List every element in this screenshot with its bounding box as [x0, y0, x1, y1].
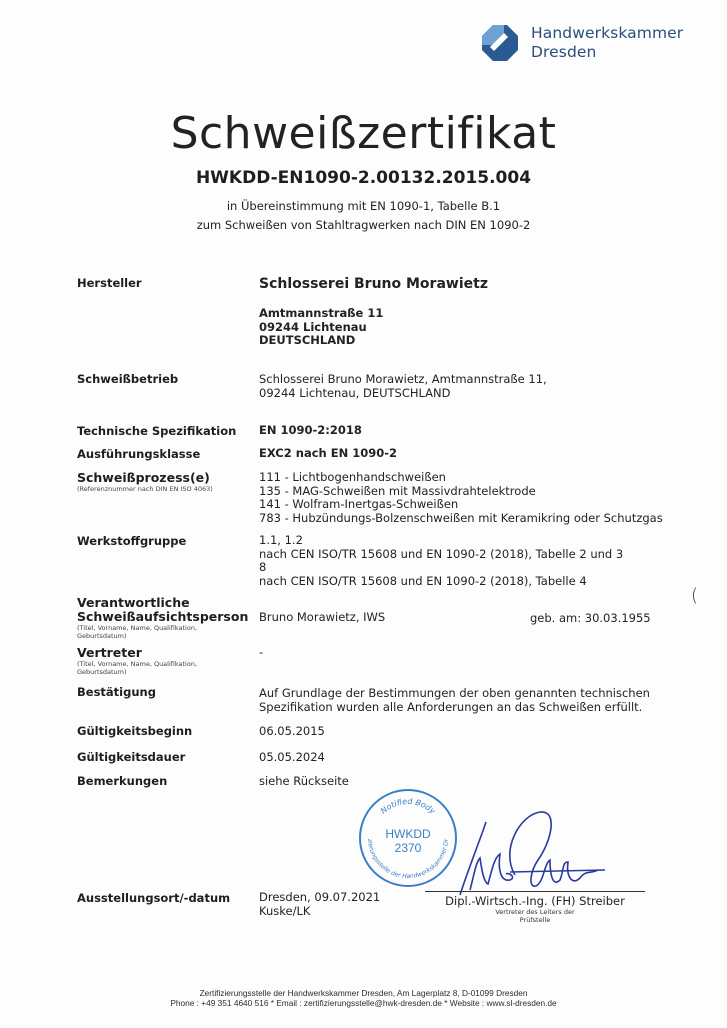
signer-role: Vertreter des Leiters der Prüfstelle [425, 908, 645, 924]
org-name-line2: Dresden [531, 43, 683, 62]
supervisor-label: Verantwortliche Schweißaufsichtsperson (… [77, 596, 248, 640]
execution-class-label: Ausführungsklasse [77, 447, 200, 461]
welding-process-label: Schweißprozess(e) (Referenznummer nach D… [77, 471, 213, 493]
svg-text:Notified Body: Notified Body [379, 797, 437, 816]
schweissbetrieb-line: 09244 Lichtenau, DEUTSCHLAND [259, 387, 547, 401]
confirmation-label: Bestätigung [77, 685, 156, 699]
org-name-line1: Handwerkskammer [531, 24, 683, 43]
welding-process-note: (Referenznummer nach DIN EN ISO 4063) [77, 485, 213, 493]
supervisor-birthdate: geb. am: 30.03.1955 [530, 611, 651, 625]
signer-role-line1: Vertreter des Leiters der [425, 908, 645, 916]
issue-place-date: Dresden, 09.07.2021 [259, 891, 380, 905]
deputy-value: - [259, 646, 263, 660]
certificate-number: HWKDD-EN1090-2.00132.2015.004 [0, 168, 727, 188]
signer-role-line2: Prüfstelle [425, 916, 645, 924]
org-name: Handwerkskammer Dresden [531, 24, 683, 62]
schweissbetrieb-value: Schlosserei Bruno Morawietz, Amtmannstra… [259, 373, 547, 400]
footer-contact: Phone : +49 351 4640 516 * Email : zerti… [0, 998, 727, 1008]
page-title: Schweißzertifikat [0, 108, 727, 159]
material-group-line: nach CEN ISO/TR 15608 und EN 1090-2 (201… [259, 575, 623, 589]
deputy-title: Vertreter [77, 646, 197, 660]
hersteller-label: Hersteller [77, 276, 142, 290]
address-city: 09244 Lichtenau [259, 321, 383, 335]
welding-process-item: 111 - Lichtbogenhandschweißen [259, 471, 663, 485]
confirmation-line: Auf Grundlage der Bestimmungen der oben … [259, 687, 650, 701]
schweissbetrieb-line: Schlosserei Bruno Morawietz, Amtmannstra… [259, 373, 547, 387]
material-group-label: Werkstoffgruppe [77, 534, 186, 548]
execution-class-value: EXC2 nach EN 1090-2 [259, 447, 397, 461]
issue-place-date-value: Dresden, 09.07.2021 Kuske/LK [259, 891, 380, 918]
issuer-initials: Kuske/LK [259, 905, 380, 919]
address-street: Amtmannstraße 11 [259, 307, 383, 321]
validity-start-value: 06.05.2015 [259, 725, 325, 739]
tech-spec-label: Technische Spezifikation [77, 424, 236, 438]
margin-mark: ( [691, 585, 698, 606]
material-group-line: 8 [259, 561, 623, 575]
signature-line [425, 891, 645, 892]
signature-icon [440, 800, 610, 900]
subtitle-line-2: zum Schweißen von Stahltragwerken nach D… [0, 218, 727, 232]
deputy-note: (Titel, Vorname, Name, Qualifikation, [77, 660, 197, 668]
svg-text:2370: 2370 [395, 841, 422, 855]
welding-process-title: Schweißprozess(e) [77, 470, 210, 485]
subtitle-line-1: in Übereinstimmung mit EN 1090-1, Tabell… [0, 199, 727, 213]
supervisor-value: Bruno Morawietz, IWS [259, 611, 385, 625]
welding-process-item: 141 - Wolfram-Inertgas-Schweißen [259, 498, 663, 512]
deputy-note: Geburtsdatum) [77, 668, 197, 676]
supervisor-note: Geburtsdatum) [77, 632, 248, 640]
supervisor-note: (Titel, Vorname, Name, Qualifikation, [77, 624, 248, 632]
welding-process-item: 783 - Hubzündungs-Bolzenschweißen mit Ke… [259, 512, 663, 526]
tech-spec-value: EN 1090-2:2018 [259, 424, 362, 438]
hersteller-address: Amtmannstraße 11 09244 Lichtenau DEUTSCH… [259, 307, 383, 348]
confirmation-text: Auf Grundlage der Bestimmungen der oben … [259, 687, 650, 714]
signer-name: Dipl.-Wirtsch.-Ing. (FH) Streiber [425, 894, 645, 908]
supervisor-label-line2: Schweißaufsichtsperson [77, 610, 248, 624]
material-group-line: nach CEN ISO/TR 15608 und EN 1090-2 (201… [259, 548, 623, 562]
validity-end-label: Gültigkeitsdauer [77, 750, 185, 764]
material-group-line: 1.1, 1.2 [259, 534, 623, 548]
material-group-list: 1.1, 1.2 nach CEN ISO/TR 15608 und EN 10… [259, 534, 623, 588]
deputy-label: Vertreter (Titel, Vorname, Name, Qualifi… [77, 646, 197, 676]
remarks-label: Bemerkungen [77, 774, 167, 788]
schweissbetrieb-label: Schweißbetrieb [77, 372, 178, 386]
hwk-logo-icon [482, 25, 518, 61]
issue-place-date-label: Ausstellungsort/-datum [77, 891, 230, 905]
validity-end-value: 05.05.2024 [259, 751, 325, 765]
address-country: DEUTSCHLAND [259, 334, 383, 348]
welding-process-item: 135 - MAG-Schweißen mit Massivdrahtelekt… [259, 485, 663, 499]
welding-process-list: 111 - Lichtbogenhandschweißen 135 - MAG-… [259, 471, 663, 525]
hersteller-name: Schlosserei Bruno Morawietz [259, 278, 488, 292]
confirmation-line: Spezifikation wurden alle Anforderungen … [259, 701, 650, 715]
validity-start-label: Gültigkeitsbeginn [77, 724, 192, 738]
supervisor-label-line1: Verantwortliche [77, 596, 248, 610]
remarks-value: siehe Rückseite [259, 775, 349, 789]
svg-text:HWKDD: HWKDD [385, 827, 431, 841]
footer-address: Zertifizierungsstelle der Handwerkskamme… [0, 988, 727, 998]
